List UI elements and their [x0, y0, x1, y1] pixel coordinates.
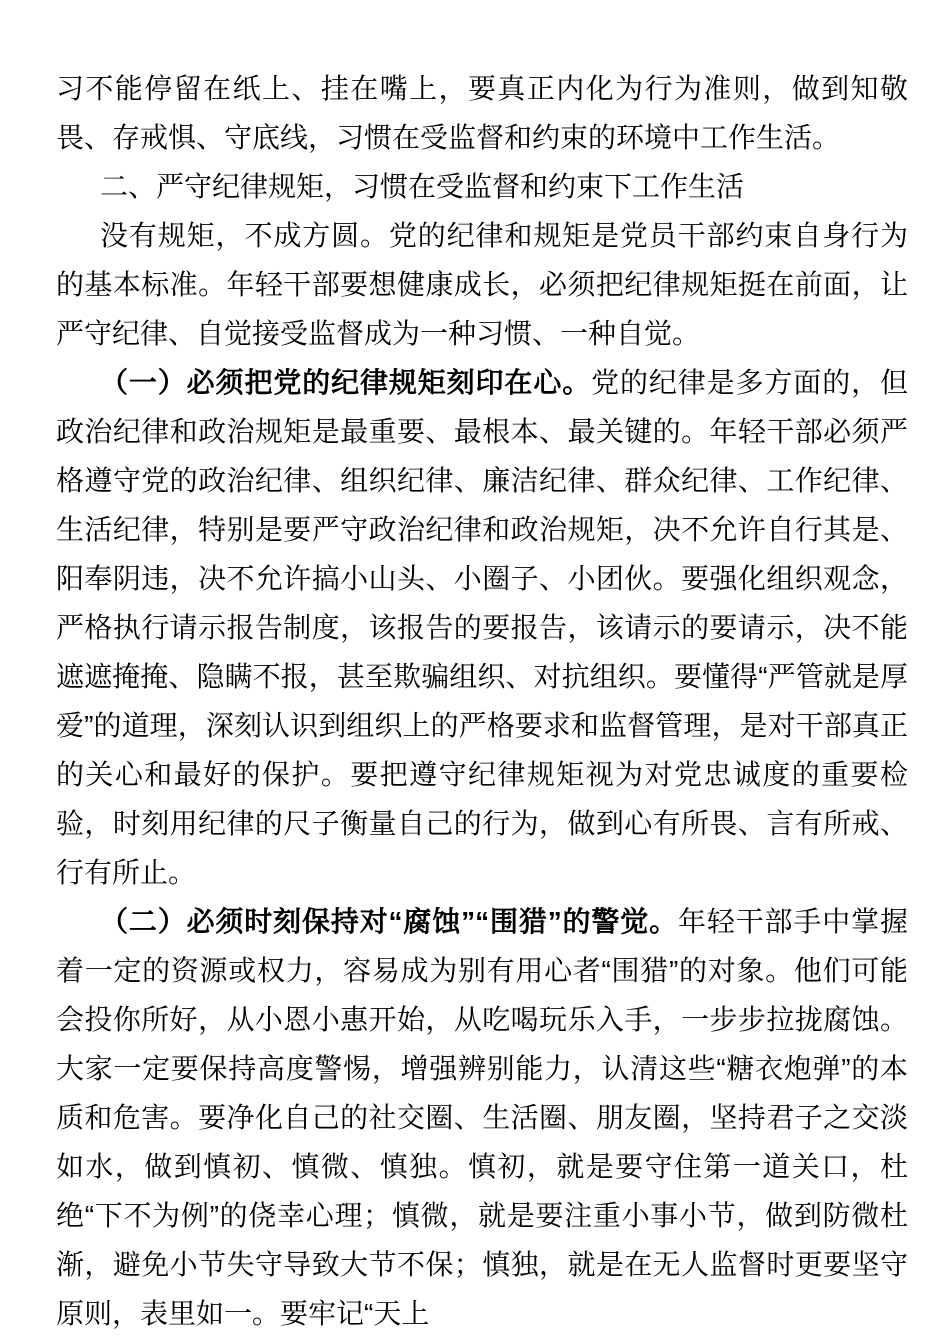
section-heading: 二、严守纪律规矩，习惯在受监督和约束下工作生活 [56, 162, 908, 211]
document-body: 习不能停留在纸上、挂在嘴上，要真正内化为行为准则，做到知敬畏、存戒惧、守底线，习… [56, 64, 908, 1338]
paragraph-point-2-lead: （二）必须时刻保持对“腐蚀”“围猎”的警觉。 [100, 906, 678, 937]
paragraph-point-1-text: 党的纪律是多方面的，但政治纪律和政治规矩是最重要、最根本、最关键的。年轻干部必须… [56, 367, 908, 888]
paragraph-intro: 没有规矩，不成方圆。党的纪律和规矩是党员干部约束自身行为的基本标准。年轻干部要想… [56, 211, 908, 358]
paragraph-point-2-text: 年轻干部手中掌握着一定的资源或权力，容易成为别有用心者“围猎”的对象。他们可能会… [56, 906, 908, 1329]
paragraph-point-1-lead: （一）必须把党的纪律规矩刻印在心。 [100, 367, 591, 398]
paragraph-continuation: 习不能停留在纸上、挂在嘴上，要真正内化为行为准则，做到知敬畏、存戒惧、守底线，习… [56, 64, 908, 162]
document-page: 习不能停留在纸上、挂在嘴上，要真正内化为行为准则，做到知敬畏、存戒惧、守底线，习… [0, 0, 950, 1344]
paragraph-point-1: （一）必须把党的纪律规矩刻印在心。党的纪律是多方面的，但政治纪律和政治规矩是最重… [56, 358, 908, 897]
paragraph-point-2: （二）必须时刻保持对“腐蚀”“围猎”的警觉。年轻干部手中掌握着一定的资源或权力，… [56, 897, 908, 1338]
